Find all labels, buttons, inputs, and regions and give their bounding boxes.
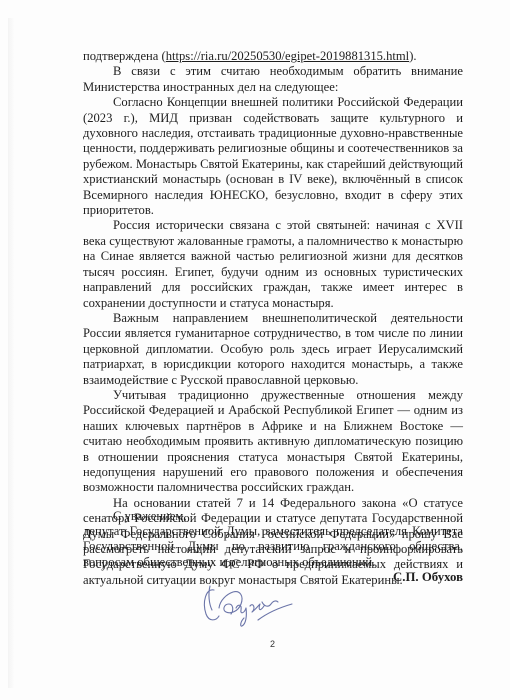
- paragraph-foreign-policy-concept: Согласно Концепции внешней политики Росс…: [83, 95, 463, 218]
- paragraph-suffix: ).: [409, 49, 416, 63]
- paragraph-historical-ties: Россия исторически связана с этой святын…: [83, 218, 463, 310]
- paragraph-source-link: подтверждена (https://ria.ru/20250530/eg…: [83, 49, 463, 64]
- source-url-link[interactable]: https://ria.ru/20250530/egipet-201988131…: [166, 49, 409, 63]
- page-number: 2: [270, 639, 275, 649]
- document-page: подтверждена (https://ria.ru/20250530/eg…: [0, 0, 510, 700]
- paragraph-diplomatic-position: Учитывая традиционно дружественные отнош…: [83, 388, 463, 496]
- paragraph-humanitarian-cooperation: Важным направлением внешнеполитической д…: [83, 311, 463, 388]
- paragraph-mfa-attention: В связи с этим считаю необходимым обрати…: [83, 64, 463, 95]
- regards-line: С уважением,: [83, 509, 463, 524]
- paragraph-prefix: подтверждена (: [83, 49, 166, 63]
- signature-icon: [200, 580, 300, 635]
- signer-title: депутат Государственной Думы, заместител…: [83, 524, 463, 570]
- scan-edge-shadow: [8, 18, 14, 688]
- letter-body: подтверждена (https://ria.ru/20250530/eg…: [83, 49, 463, 588]
- letter-closing: С уважением, депутат Государственной Дум…: [83, 509, 463, 570]
- signer-name: С.П. Обухов: [393, 569, 463, 585]
